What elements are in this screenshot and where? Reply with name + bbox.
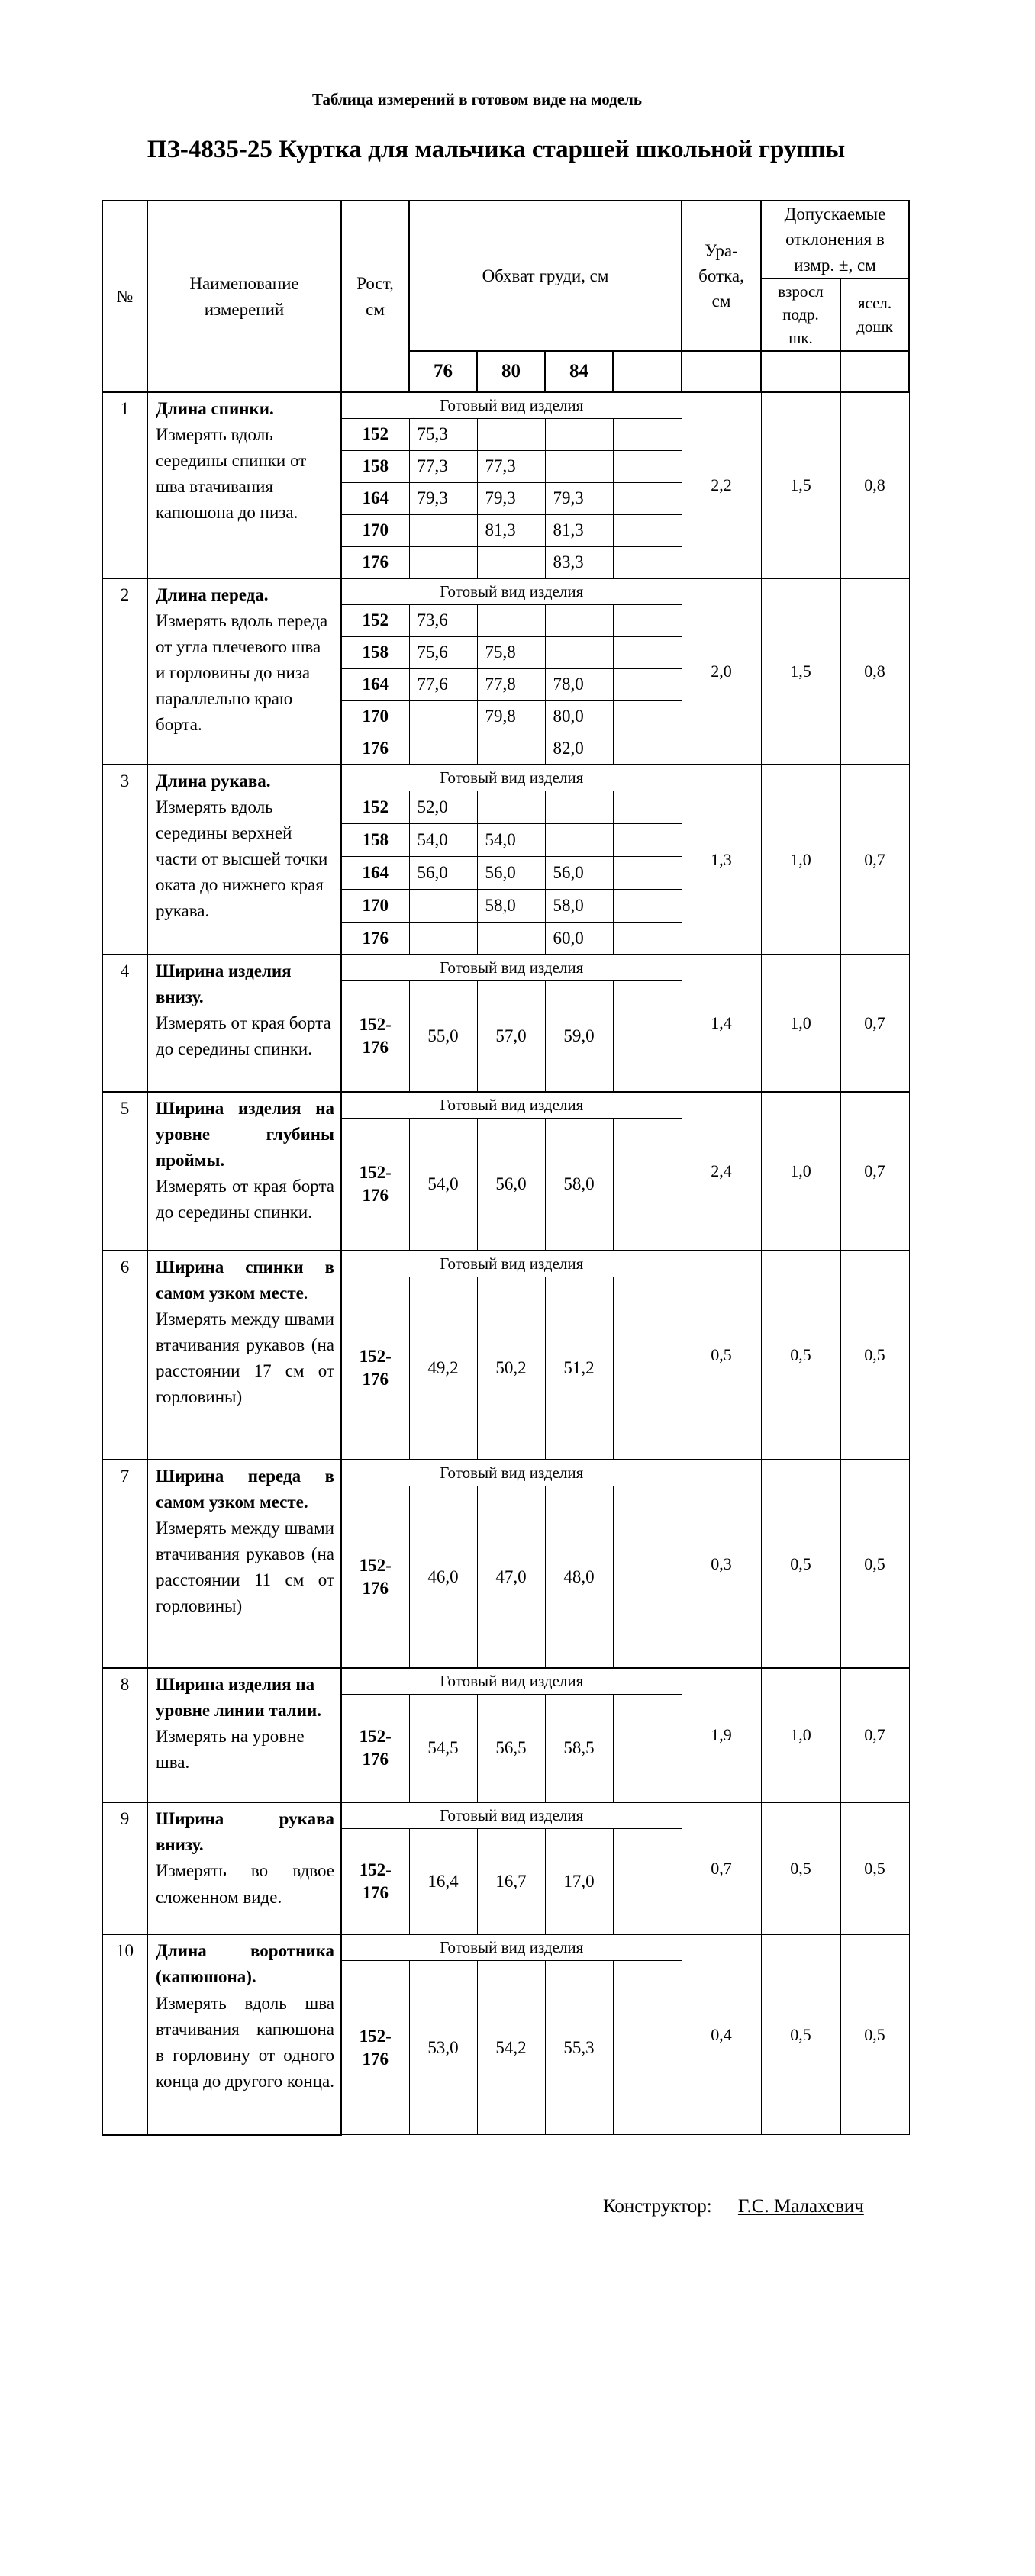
- allowance-value: 0,5: [682, 1251, 761, 1460]
- signature-name: Г.С. Малахевич: [738, 2196, 864, 2217]
- measurement-value: 60,0: [545, 922, 613, 955]
- measurement-value: 81,3: [545, 514, 613, 546]
- measurement-value: [613, 482, 682, 514]
- measurement-title: Ширина изделия на уровне линии талии.: [156, 1675, 321, 1720]
- measurement-value: 82,0: [545, 733, 613, 765]
- measurement-value: 51,2: [545, 1277, 613, 1460]
- finished-view-band: Готовый вид изделия: [341, 955, 682, 980]
- measurement-value: [613, 980, 682, 1092]
- measurement-value: [613, 668, 682, 700]
- measurement-value: 58,5: [545, 1694, 613, 1802]
- finished-view-band: Готовый вид изделия: [341, 765, 682, 791]
- measurement-value: [545, 823, 613, 856]
- measurement-value: [613, 1277, 682, 1460]
- row-number: 9: [102, 1802, 147, 1934]
- measurement-name: Ширина изделия внизу.Измерять от края бо…: [147, 955, 341, 1092]
- measurement-value: [613, 514, 682, 546]
- tolerance-adult-value: 0,5: [761, 1934, 840, 2134]
- measurement-value: 56,0: [477, 856, 545, 889]
- height-value: 176: [341, 922, 409, 955]
- measurement-title: Длина переда.: [156, 585, 269, 604]
- measurement-value: [613, 1694, 682, 1802]
- finished-view-band: Готовый вид изделия: [341, 1251, 682, 1277]
- measurement-value: 16,4: [409, 1828, 477, 1934]
- measurement-value: [409, 922, 477, 955]
- tolerance-adult-value: 0,5: [761, 1460, 840, 1668]
- row-number: 10: [102, 1934, 147, 2134]
- finished-view-band: Готовый вид изделия: [341, 1668, 682, 1694]
- measurement-value: 77,3: [409, 450, 477, 482]
- measurement-description: Измерять от края борта до середины спинк…: [156, 1177, 334, 1222]
- header-height: Рост, см: [341, 201, 409, 392]
- row-number: 8: [102, 1668, 147, 1802]
- measurement-row: 3Длина рукава.Измерять вдоль середины ве…: [102, 765, 909, 791]
- measurement-value: 54,0: [409, 1118, 477, 1251]
- measurement-value: 54,0: [477, 823, 545, 856]
- height-value: 158: [341, 636, 409, 668]
- measurement-description: Измерять между швами втачивания рукавов …: [156, 1309, 334, 1406]
- allowance-value: 0,4: [682, 1934, 761, 2134]
- height-value: 152: [341, 604, 409, 636]
- height-value: 170: [341, 700, 409, 733]
- height-value: 152: [341, 418, 409, 450]
- height-value: 176: [341, 546, 409, 578]
- chest-size: [613, 351, 682, 392]
- header-tolerance-adult: взросл подр. шк.: [761, 279, 840, 351]
- measurement-value: 56,0: [477, 1118, 545, 1251]
- measurement-value: 83,3: [545, 546, 613, 578]
- measurement-value: 77,6: [409, 668, 477, 700]
- tolerance-nursery-value: 0,5: [840, 1251, 909, 1460]
- tolerance-adult-value: 1,5: [761, 578, 840, 765]
- height-range: 152-176: [341, 1118, 409, 1251]
- measurement-value: 56,0: [409, 856, 477, 889]
- measurement-value: 79,3: [477, 482, 545, 514]
- measurement-value: 57,0: [477, 980, 545, 1092]
- tolerance-nursery-value: 0,5: [840, 1934, 909, 2134]
- measurement-value: 56,5: [477, 1694, 545, 1802]
- finished-view-band: Готовый вид изделия: [341, 578, 682, 604]
- measurement-name: Ширина рукава внизу.Измерять во вдвое сл…: [147, 1802, 341, 1934]
- measurement-value: 81,3: [477, 514, 545, 546]
- document-title: ПЗ-4835-25 Куртка для мальчика старшей ш…: [0, 136, 992, 164]
- tolerance-adult-value: 1,0: [761, 765, 840, 955]
- measurement-value: 52,0: [409, 791, 477, 823]
- tolerance-adult-value: 1,5: [761, 392, 840, 578]
- measurement-value: 49,2: [409, 1277, 477, 1460]
- measurement-name: Длина переда.Измерять вдоль переда от уг…: [147, 578, 341, 765]
- tolerance-adult-value: 1,0: [761, 1092, 840, 1251]
- measurement-value: [545, 791, 613, 823]
- measurement-value: 75,8: [477, 636, 545, 668]
- measurement-title: Длина воротника (капюшона).: [156, 1941, 334, 1986]
- measurement-value: 58,0: [545, 1118, 613, 1251]
- measurement-value: 48,0: [545, 1486, 613, 1668]
- row-number: 2: [102, 578, 147, 765]
- measurement-title: Ширина изделия внизу.: [156, 961, 292, 1006]
- measurement-value: 55,3: [545, 1961, 613, 2135]
- signature-block: Конструктор: Г.С. Малахевич: [603, 2196, 864, 2217]
- measurements-table: № Наименование измерений Рост, см Обхват…: [102, 200, 910, 2136]
- chest-size: 84: [545, 351, 613, 392]
- allowance-value: 1,4: [682, 955, 761, 1092]
- measurement-row: 7Ширина переда в самом узком месте.Измер…: [102, 1460, 909, 1486]
- height-value: 152: [341, 791, 409, 823]
- measurement-value: 58,0: [477, 889, 545, 922]
- tolerance-nursery-value: 0,7: [840, 1668, 909, 1802]
- measurement-value: [409, 733, 477, 765]
- measurement-value: 58,0: [545, 889, 613, 922]
- measurement-value: 54,2: [477, 1961, 545, 2135]
- row-number: 3: [102, 765, 147, 955]
- height-range: 152-176: [341, 1961, 409, 2135]
- measurement-value: 54,5: [409, 1694, 477, 1802]
- measurement-row: 4Ширина изделия внизу.Измерять от края б…: [102, 955, 909, 980]
- measurement-value: 46,0: [409, 1486, 477, 1668]
- measurement-value: 79,3: [545, 482, 613, 514]
- measurement-value: [477, 604, 545, 636]
- measurement-title: Длина спинки.: [156, 399, 274, 418]
- height-range: 152-176: [341, 1486, 409, 1668]
- measurement-value: [613, 823, 682, 856]
- measurement-value: [477, 733, 545, 765]
- height-value: 158: [341, 823, 409, 856]
- height-value: 164: [341, 668, 409, 700]
- measurement-value: [545, 418, 613, 450]
- measurement-row: 8Ширина изделия на уровне линии талии.Из…: [102, 1668, 909, 1694]
- allowance-value: 1,3: [682, 765, 761, 955]
- measurement-value: [613, 1961, 682, 2135]
- allowance-value: 0,3: [682, 1460, 761, 1668]
- measurement-title: Ширина переда в самом узком месте.: [156, 1467, 334, 1512]
- measurement-name: Длина воротника (капюшона).Измерять вдол…: [147, 1934, 341, 2134]
- measurement-description: Измерять на уровне шва.: [156, 1727, 305, 1772]
- height-range: 152-176: [341, 1694, 409, 1802]
- measurement-value: 79,3: [409, 482, 477, 514]
- measurement-name: Длина рукава.Измерять вдоль середины вер…: [147, 765, 341, 955]
- measurement-value: [613, 418, 682, 450]
- height-value: 170: [341, 514, 409, 546]
- measurement-row: 6Ширина спинки в самом узком месте.Измер…: [102, 1251, 909, 1277]
- tolerance-nursery-value: 0,8: [840, 392, 909, 578]
- measurement-value: [613, 922, 682, 955]
- measurement-value: 79,8: [477, 700, 545, 733]
- document-subtitle: Таблица измерений в готовом виде на моде…: [0, 90, 954, 109]
- header-chest: Обхват груди, см: [409, 201, 682, 351]
- measurement-value: 16,7: [477, 1828, 545, 1934]
- measurement-description: Измерять вдоль переда от угла плечевого …: [156, 611, 327, 734]
- measurement-value: [613, 733, 682, 765]
- measurement-value: [545, 450, 613, 482]
- measurement-value: 56,0: [545, 856, 613, 889]
- measurement-value: [477, 418, 545, 450]
- measurement-value: 50,2: [477, 1277, 545, 1460]
- measurement-row: 5Ширина изделия на уровне глубины проймы…: [102, 1092, 909, 1118]
- finished-view-band: Готовый вид изделия: [341, 1460, 682, 1486]
- measurement-name: Ширина изделия на уровне линии талии.Изм…: [147, 1668, 341, 1802]
- measurement-value: [409, 889, 477, 922]
- chest-size: 76: [409, 351, 477, 392]
- height-value: 164: [341, 856, 409, 889]
- measurement-value: 54,0: [409, 823, 477, 856]
- measurement-value: [477, 922, 545, 955]
- measurement-description: Измерять вдоль шва втачивания капюшона в…: [156, 1994, 334, 2091]
- measurement-description: Измерять между швами втачивания рукавов …: [156, 1518, 334, 1615]
- tolerance-adult-value: 1,0: [761, 955, 840, 1092]
- measurement-value: [409, 514, 477, 546]
- header-number: №: [102, 201, 147, 392]
- header-tolerance: Допускаемые отклонения в измр. ±, см: [761, 201, 909, 279]
- measurement-name: Ширина переда в самом узком месте.Измеря…: [147, 1460, 341, 1668]
- height-value: 176: [341, 733, 409, 765]
- finished-view-band: Готовый вид изделия: [341, 1802, 682, 1828]
- row-number: 6: [102, 1251, 147, 1460]
- measurement-value: 77,3: [477, 450, 545, 482]
- measurement-description: Измерять от края борта до середины спинк…: [156, 1013, 331, 1058]
- measurement-value: [545, 636, 613, 668]
- measurement-name: Ширина спинки в самом узком месте.Измеря…: [147, 1251, 341, 1460]
- tolerance-adult-value: 1,0: [761, 1668, 840, 1802]
- measurement-value: 53,0: [409, 1961, 477, 2135]
- measurement-row: 9Ширина рукава внизу.Измерять во вдвое с…: [102, 1802, 909, 1828]
- measurement-row: 1Длина спинки.Измерять вдоль середины сп…: [102, 392, 909, 418]
- measurement-row: 10Длина воротника (капюшона).Измерять вд…: [102, 1934, 909, 1960]
- header-allowance: Ура-ботка, см: [682, 201, 761, 351]
- measurement-description: Измерять во вдвое сложенном виде.: [156, 1861, 334, 1906]
- measurement-value: 17,0: [545, 1828, 613, 1934]
- measurement-value: [613, 450, 682, 482]
- measurement-value: 47,0: [477, 1486, 545, 1668]
- measurement-value: 80,0: [545, 700, 613, 733]
- measurement-value: [613, 1486, 682, 1668]
- allowance-value: 0,7: [682, 1802, 761, 1934]
- finished-view-band: Готовый вид изделия: [341, 1092, 682, 1118]
- measurement-row: 2Длина переда.Измерять вдоль переда от у…: [102, 578, 909, 604]
- height-value: 158: [341, 450, 409, 482]
- tolerance-nursery-value: 0,5: [840, 1802, 909, 1934]
- allowance-value: 2,4: [682, 1092, 761, 1251]
- height-range: 152-176: [341, 980, 409, 1092]
- height-value: 164: [341, 482, 409, 514]
- measurement-value: [477, 791, 545, 823]
- measurement-description: Измерять вдоль середины верхней части от…: [156, 797, 327, 920]
- chest-size: 80: [477, 351, 545, 392]
- tolerance-nursery-value: 0,8: [840, 578, 909, 765]
- signature-label: Конструктор:: [603, 2196, 712, 2217]
- row-number: 4: [102, 955, 147, 1092]
- tolerance-nursery-value: 0,7: [840, 765, 909, 955]
- measurement-value: [613, 889, 682, 922]
- allowance-value: 1,9: [682, 1668, 761, 1802]
- measurement-value: 78,0: [545, 668, 613, 700]
- title-tail: .: [304, 1283, 308, 1302]
- finished-view-band: Готовый вид изделия: [341, 1934, 682, 1960]
- measurement-title: Ширина рукава внизу.: [156, 1809, 334, 1854]
- measurement-value: 77,8: [477, 668, 545, 700]
- measurement-value: [613, 856, 682, 889]
- measurement-value: [545, 604, 613, 636]
- measurement-value: [409, 700, 477, 733]
- header-nursery-blank: [840, 351, 909, 392]
- measurement-title: Ширина изделия на уровне глубины проймы.: [156, 1099, 334, 1170]
- tolerance-adult-value: 0,5: [761, 1802, 840, 1934]
- measurement-value: 73,6: [409, 604, 477, 636]
- allowance-value: 2,0: [682, 578, 761, 765]
- measurement-value: 55,0: [409, 980, 477, 1092]
- measurement-value: [613, 700, 682, 733]
- tolerance-nursery-value: 0,7: [840, 1092, 909, 1251]
- height-range: 152-176: [341, 1277, 409, 1460]
- measurement-value: [613, 791, 682, 823]
- header-allowance-blank: [682, 351, 761, 392]
- row-number: 7: [102, 1460, 147, 1668]
- measurement-value: 59,0: [545, 980, 613, 1092]
- tolerance-nursery-value: 0,5: [840, 1460, 909, 1668]
- tolerance-adult-value: 0,5: [761, 1251, 840, 1460]
- tolerance-nursery-value: 0,7: [840, 955, 909, 1092]
- measurement-description: Измерять вдоль середины спинки от шва вт…: [156, 425, 306, 522]
- row-number: 1: [102, 392, 147, 578]
- header-adult-blank: [761, 351, 840, 392]
- measurement-value: [613, 546, 682, 578]
- measurement-value: [613, 1828, 682, 1934]
- header-tolerance-nursery: ясел. дошк: [840, 279, 909, 351]
- height-range: 152-176: [341, 1828, 409, 1934]
- measurement-value: [613, 1118, 682, 1251]
- allowance-value: 2,2: [682, 392, 761, 578]
- measurement-name: Ширина изделия на уровне глубины проймы.…: [147, 1092, 341, 1251]
- measurement-value: [613, 636, 682, 668]
- measurement-value: [477, 546, 545, 578]
- measurement-value: 75,6: [409, 636, 477, 668]
- height-value: 170: [341, 889, 409, 922]
- row-number: 5: [102, 1092, 147, 1251]
- header-name: Наименование измерений: [147, 201, 341, 392]
- measurement-title: Длина рукава.: [156, 771, 271, 791]
- finished-view-band: Готовый вид изделия: [341, 392, 682, 418]
- measurement-value: [409, 546, 477, 578]
- measurement-name: Длина спинки.Измерять вдоль середины спи…: [147, 392, 341, 578]
- measurement-value: [613, 604, 682, 636]
- measurement-value: 75,3: [409, 418, 477, 450]
